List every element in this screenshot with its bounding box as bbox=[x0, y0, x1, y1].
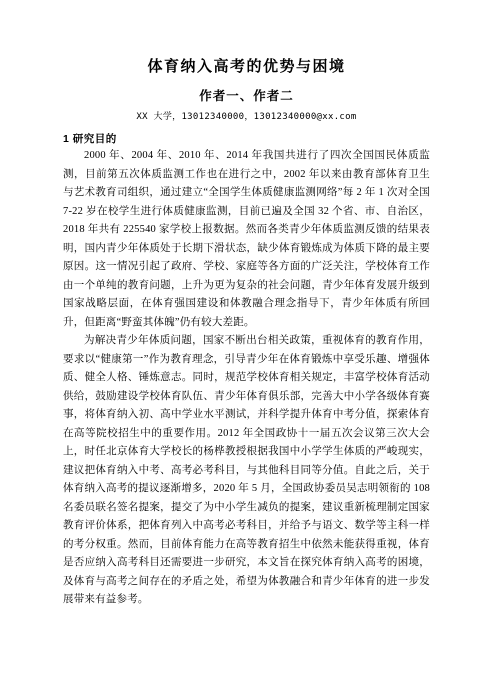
paper-affiliation: XX 大学，13012340000，13012340000@xx.com bbox=[63, 111, 430, 123]
paper-title: 体育纳入高考的优势与困境 bbox=[63, 57, 430, 77]
section-heading-research-purpose: 1 研究目的 bbox=[63, 131, 430, 147]
document-page: 体育纳入高考的优势与困境 作者一、作者二 XX 大学，13012340000，1… bbox=[0, 0, 492, 698]
paragraph-body-2: 为解决青少年体质问题，国家不断出台相关政策，重视体育的教育作用，要求以“健康第一… bbox=[63, 332, 430, 610]
paragraph-body-1: 2000 年、2004 年、2010 年、2014 年我国共进行了四次全国国民体… bbox=[63, 147, 430, 332]
paper-authors: 作者一、作者二 bbox=[63, 88, 430, 104]
